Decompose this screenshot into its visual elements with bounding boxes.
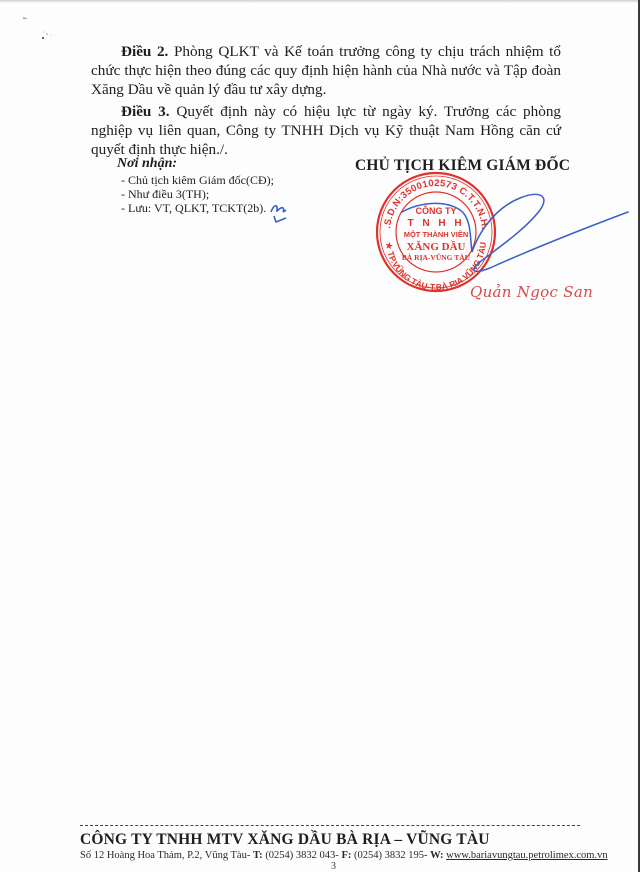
article-2: Điều 2. Phòng QLKT và Kế toán trưởng côn… <box>91 42 561 99</box>
website-link[interactable]: www.bariavungtau.petrolimex.com.vn <box>446 850 607 861</box>
recipients-block: Nơi nhận: - Chủ tịch kiêm Giám đốc(CĐ); … <box>117 157 274 215</box>
footer-divider <box>80 825 580 826</box>
fax-number: (0254) 3832 195- <box>351 850 430 861</box>
scan-specks <box>22 16 62 46</box>
article-3-label: Điều 3. <box>121 103 170 120</box>
recipient-item: - Như điều 3(TH); <box>117 187 274 201</box>
top-shadow <box>0 0 640 3</box>
fax-label: F: <box>341 850 351 861</box>
footer-contact: Số 12 Hoàng Hoa Thám, P.2, Vũng Tàu- T: … <box>80 850 608 861</box>
tel-number: (0254) 3832 043- <box>263 850 342 861</box>
recipients-title: Nơi nhận: <box>117 157 274 171</box>
article-3: Điều 3. Quyết định này có hiệu lực từ ng… <box>91 102 561 159</box>
recipient-item: - Lưu: VT, QLKT, TCKT(2b). <box>117 201 274 215</box>
initials-mark <box>268 200 292 226</box>
handwritten-signature <box>400 180 630 290</box>
footer-address: Số 12 Hoàng Hoa Thám, P.2, Vũng Tàu- <box>80 850 253 861</box>
page-number: 3 <box>331 861 336 872</box>
recipient-item: - Chủ tịch kiêm Giám đốc(CĐ); <box>117 173 274 187</box>
article-2-label: Điều 2. <box>121 43 168 60</box>
web-label: W: <box>430 850 443 861</box>
tel-label: T: <box>253 850 263 861</box>
signer-name: Quản Ngọc San <box>470 283 593 301</box>
footer-company-name: CÔNG TY TNHH MTV XĂNG DẦU BÀ RỊA – VŨNG … <box>80 831 490 849</box>
